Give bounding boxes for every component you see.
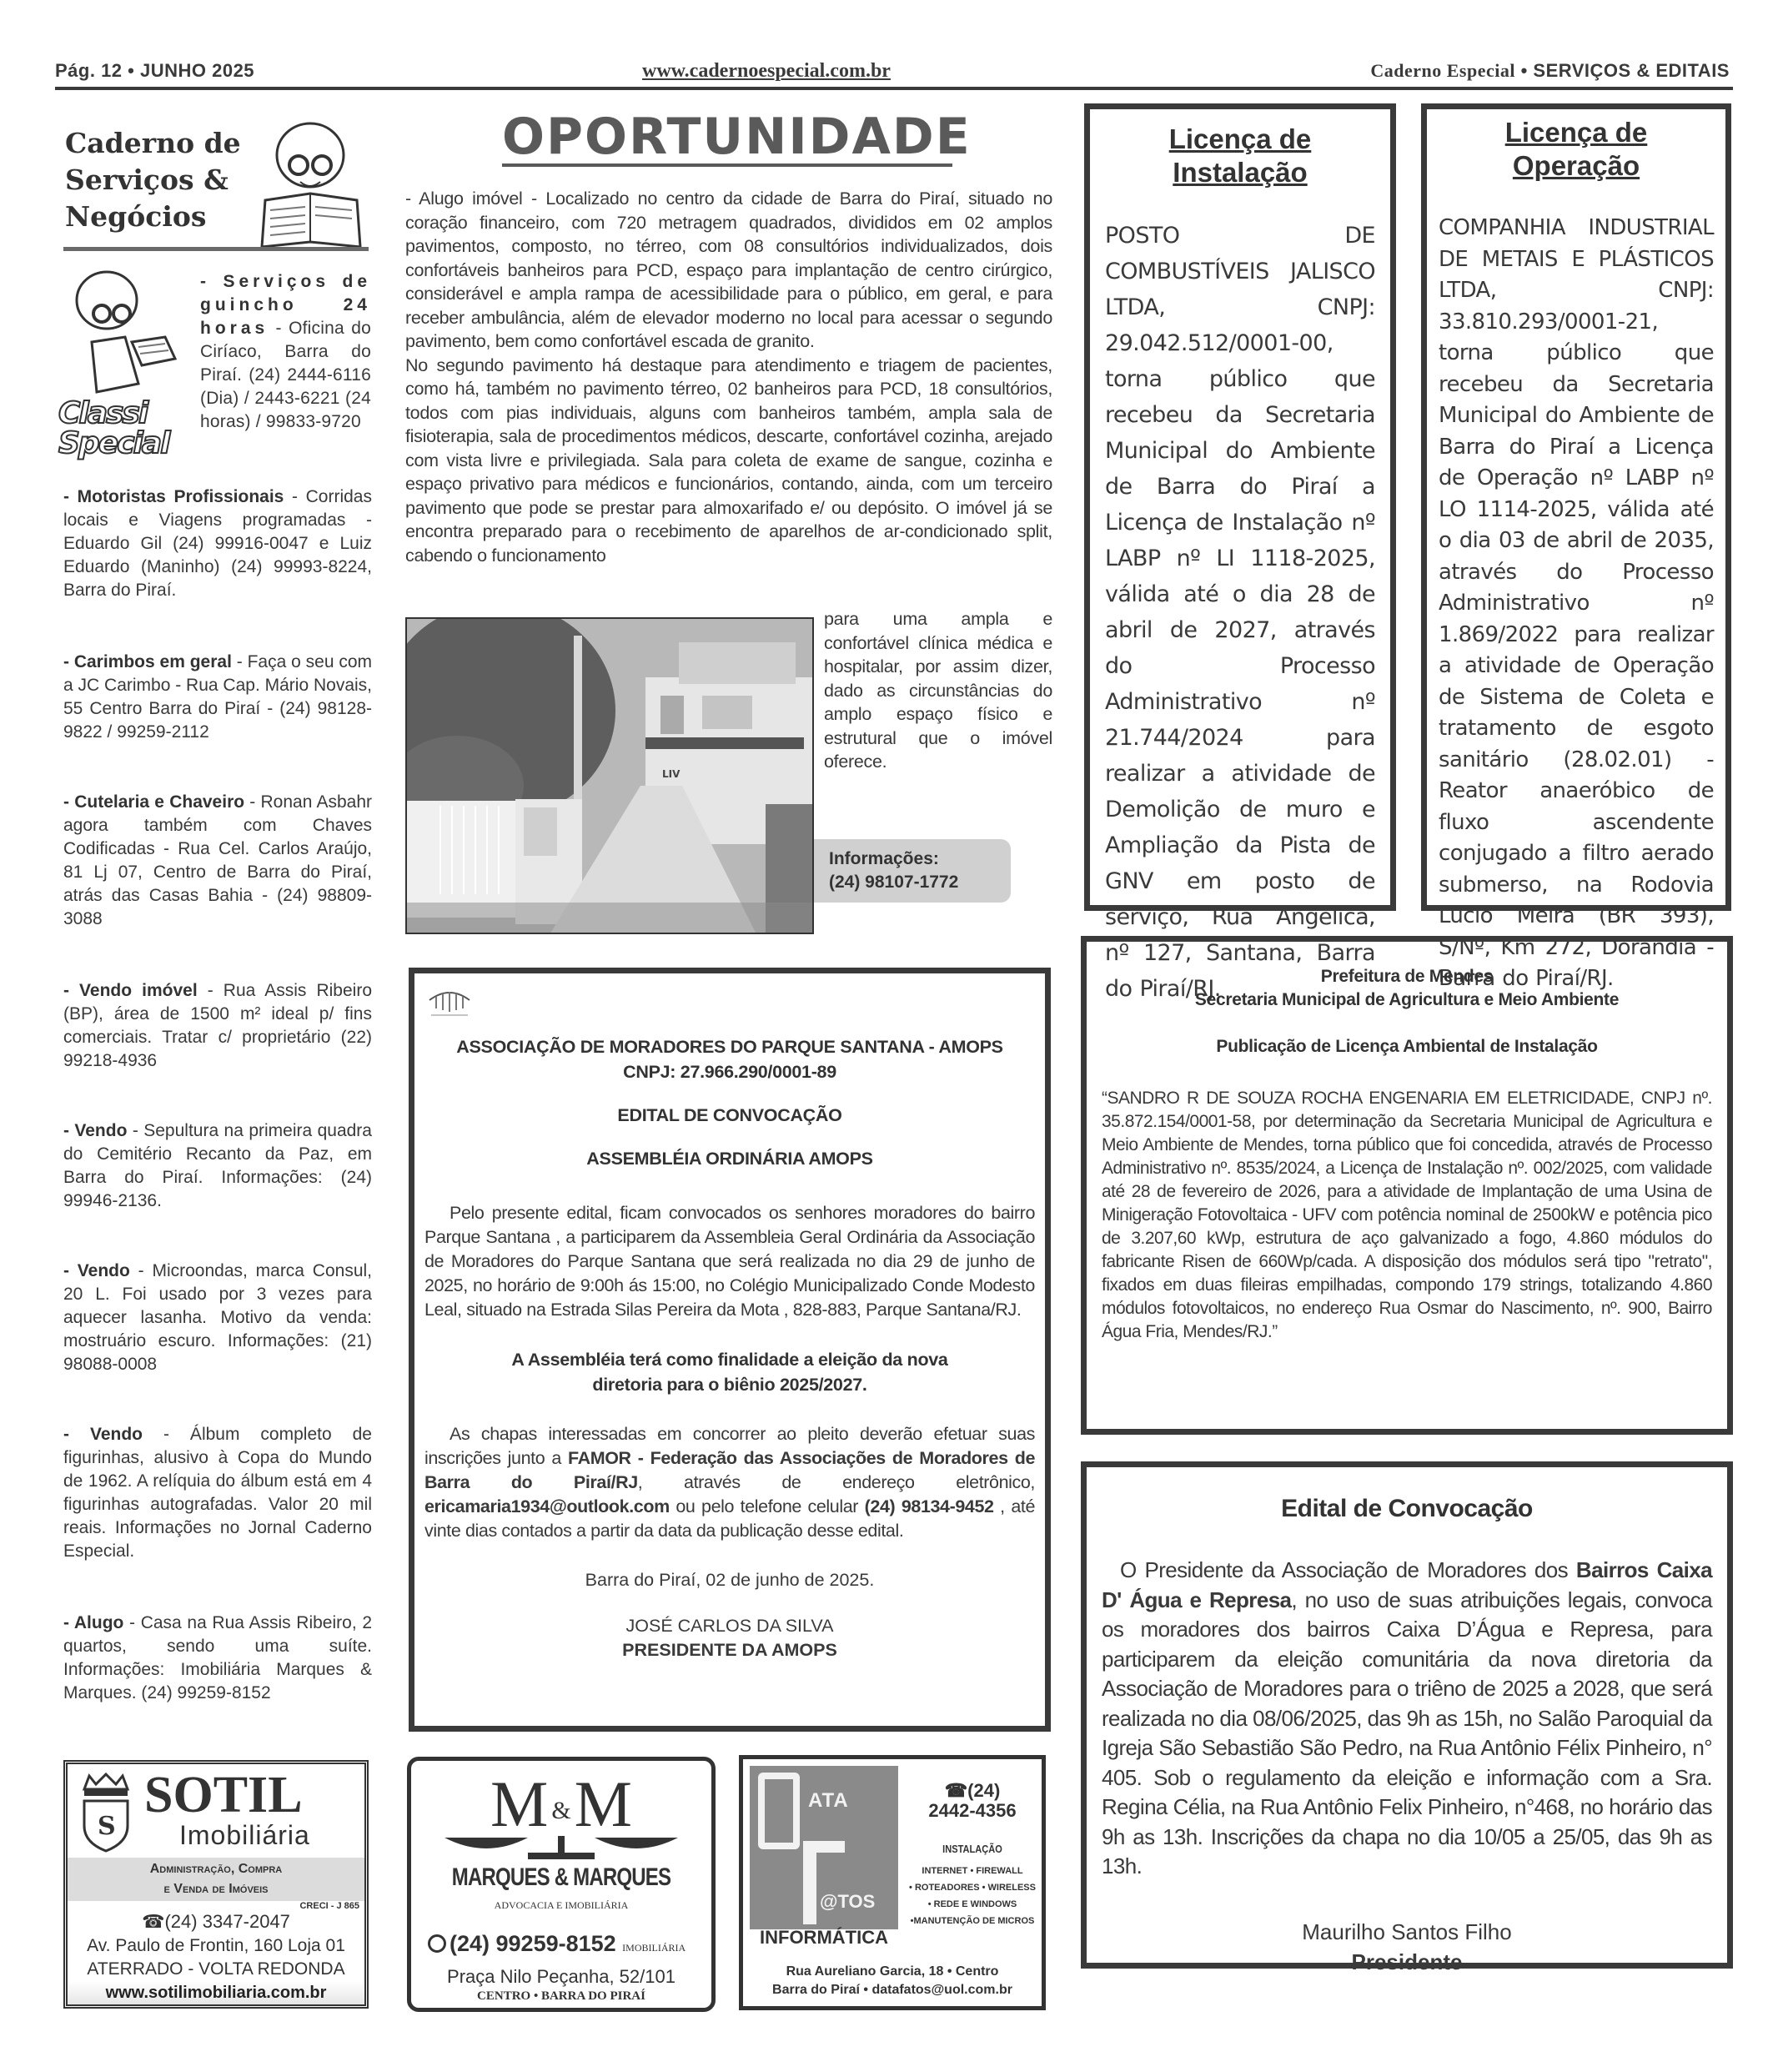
service-item: • ROTEADORES • WIRELESS (897, 1879, 1048, 1896)
sotil-address: Av. Paulo de Frontin, 160 Loja 01 (68, 1934, 364, 1958)
service-item: INTERNET • FIREWALL (897, 1863, 1048, 1879)
finalidade-line: A Assembléia terá como finalidade a elei… (424, 1347, 1035, 1372)
datafatos-logo: ATA @TOS (750, 1766, 898, 1929)
licenca-instalacao-title: Licença de Instalação (1105, 123, 1375, 189)
separator: • (1515, 60, 1533, 81)
sotil-url[interactable]: www.sotilimobiliaria.com.br (68, 1981, 364, 2004)
classifieds-masthead: Caderno de Serviços & Negócios (58, 117, 367, 250)
classified-title: - Vendo imóvel (63, 981, 198, 1000)
classified-item: - Serviços de guincho 24 horas - Oficina… (200, 270, 371, 434)
marques-tagline: ADVOCACIA E IMOBILIÁRIA (411, 1899, 711, 1912)
address-line: Rua Aureliano Garcia, 18 • Centro (743, 1963, 1042, 1981)
classified-text: - Álbum completo de figurinhas, alusivo … (63, 1425, 372, 1561)
text: , através de endereço eletrônico, (638, 1472, 1035, 1492)
amops-org: ASSOCIAÇÃO DE MORADORES DO PARQUE SANTAN… (424, 1034, 1035, 1059)
newspaper-reader-icon (259, 117, 367, 250)
address-line: Barra do Piraí • datafatos@uol.com.br (743, 1981, 1042, 1999)
classified-title: - Vendo (63, 1425, 143, 1444)
datafatos-phone[interactable]: ☎(24) 2442-4356 (902, 1781, 1043, 1821)
sotil-services: Administração, Compra e Venda de Imóveis (68, 1858, 364, 1901)
finalidade-line: diretoria para o biênio 2025/2027. (424, 1372, 1035, 1397)
section-header: Caderno Especial • SERVIÇOS & EDITAIS (1370, 60, 1730, 85)
classified-item: - Vendo - Microondas, marca Consul, 20 L… (63, 1260, 372, 1376)
classi-special-logo: Classi Special (58, 267, 183, 459)
svg-text:S: S (98, 1812, 116, 1841)
masthead-line: Serviços & (65, 162, 241, 199)
sotil-creci: CRECI - J 865 (299, 1901, 359, 1911)
classified-item: - Vendo imóvel - Rua Assis Ribeiro (BP),… (63, 979, 372, 1073)
classified-item: - Vendo - Álbum completo de figurinhas, … (63, 1423, 372, 1563)
logo-d-shape (758, 1773, 800, 1849)
licenca-instalacao-box: Licença de Instalação POSTO DE COMBUSTÍV… (1084, 103, 1396, 911)
amops-role: PRESIDENTE DA AMOPS (424, 1638, 1035, 1662)
phone-link[interactable]: (24) 98134-9452 (865, 1496, 994, 1516)
marques-phone[interactable]: (24) 99259-8152 IMOBILIÁRIA (428, 1931, 711, 1960)
logo-f-bar (803, 1841, 845, 1853)
marques-name: MARQUES & MARQUES (441, 1864, 681, 1891)
phone-number: (24) 99259-8152 (450, 1931, 616, 1956)
header-rule (55, 87, 1733, 90)
sotil-phone[interactable]: ☎(24) 3347-2047 (68, 1911, 364, 1933)
classified-title: - Vendo (63, 1121, 127, 1140)
licenca-operacao-body: COMPANHIA INDUSTRIAL DE METAIS E PLÁSTIC… (1439, 213, 1714, 995)
amops-paragraph: Pelo presente edital, ficam convocados o… (424, 1201, 1035, 1322)
phone-icon: ☎ (142, 1911, 164, 1932)
email-link[interactable]: ericamaria1934@outlook.com (424, 1496, 670, 1516)
edital-title: Edital de Convocação (1102, 1492, 1712, 1526)
masthead-title: Caderno de Serviços & Negócios (65, 125, 241, 235)
service-item: •MANUTENÇÃO DE MICROS (897, 1913, 1048, 1929)
masthead-rule (63, 247, 369, 251)
title-underline (502, 163, 952, 167)
amops-edital-heading: EDITAL DE CONVOCAÇÃO (424, 1103, 1035, 1128)
amops-assembleia-heading: ASSEMBLÉIA ORDINÁRIA AMOPS (424, 1146, 1035, 1171)
masthead-line: Negócios (65, 199, 241, 235)
crest-icon: S (79, 1773, 133, 1853)
phone-number: (24) 3347-2047 (164, 1911, 289, 1932)
masthead-line: Caderno de (65, 125, 241, 162)
logo-text: @TOS (820, 1891, 875, 1913)
classified-title: - Alugo (63, 1613, 123, 1632)
oportunidade-side-text: para uma ampla e confortável clínica méd… (824, 607, 1052, 774)
info-label: Informações: (829, 847, 1011, 871)
classified-text: - Ronan Asbahr agora também com Chaves C… (63, 792, 372, 928)
classi-line: Classi (58, 399, 183, 429)
marques-city: CENTRO • BARRA DO PIRAÍ (411, 1988, 711, 2004)
info-badge: Informações: (24) 98107-1772 (814, 839, 1011, 903)
whatsapp-icon (428, 1934, 446, 1953)
info-phone[interactable]: (24) 98107-1772 (829, 871, 1011, 894)
classi-line: Special (58, 429, 183, 459)
classified-item: - Cutelaria e Chaveiro - Ronan Asbahr ag… (63, 791, 372, 931)
mendes-heading: Secretaria Municipal de Agricultura e Me… (1102, 988, 1712, 1012)
signer-name: Maurilho Santos Filho (1102, 1917, 1712, 1947)
brand-name: Caderno Especial (1370, 60, 1515, 81)
classified-item: - Motoristas Profissionais - Corridas lo… (63, 485, 372, 602)
mendes-heading: Publicação de Licença Ambiental de Insta… (1102, 1035, 1712, 1059)
sotil-city: ATERRADO - VOLTA REDONDA (68, 1958, 364, 1981)
logo-amp: & (551, 1797, 570, 1824)
marques-address: Praça Nilo Peçanha, 52/101 (411, 1966, 711, 1988)
datafatos-label: INFORMÁTICA (750, 1928, 898, 1948)
licenca-operacao-title: Licença de Operação (1439, 116, 1714, 183)
amops-signer: JOSÉ CARLOS DA SILVA (424, 1614, 1035, 1638)
classified-title: - Motoristas Profissionais (63, 487, 284, 506)
signer-role: Presidente (1102, 1947, 1712, 1977)
building-image: LIV (407, 619, 814, 934)
mendes-licenca-box: Prefeitura de Mendes Secretaria Municipa… (1081, 936, 1733, 1435)
services-line: e Venda de Imóveis (68, 1879, 364, 1899)
edital-body: O Presidente da Associação de Moradores … (1102, 1556, 1712, 1882)
phone-number: 2442-4356 (902, 1801, 1043, 1821)
photo-brand-text: LIV (662, 768, 681, 780)
website-link[interactable]: www.cadernoespecial.com.br (642, 60, 891, 85)
amops-paragraph: As chapas interessadas em concorrer ao p… (424, 1422, 1035, 1543)
title-line: Licença de (1105, 123, 1375, 156)
logo-text: ATA (808, 1789, 849, 1813)
logo-letter: M (575, 1768, 632, 1840)
oportunidade-paragraph: - Alugo imóvel - Localizado no centro da… (405, 187, 1052, 354)
edital-signer: Maurilho Santos Filho Presidente (1102, 1917, 1712, 1977)
section-title: SERVIÇOS & EDITAIS (1533, 60, 1730, 81)
edital-convocacao-box: Edital de Convocação O Presidente da Ass… (1081, 1461, 1733, 1969)
datafatos-services: INTERNET • FIREWALL • ROTEADORES • WIREL… (897, 1863, 1048, 1929)
classified-title: - Carimbos em geral (63, 652, 232, 671)
services-line: Administração, Compra (68, 1859, 364, 1879)
sotil-name: SOTIL (144, 1769, 303, 1821)
title-line: Instalação (1105, 156, 1375, 189)
phone-icon: ☎ (945, 1780, 967, 1801)
phone-label: IMOBILIÁRIA (622, 1942, 686, 1954)
licenca-instalacao-body: POSTO DE COMBUSTÍVEIS JALISCO LTDA, CNPJ… (1105, 218, 1375, 1007)
amops-date: Barra do Piraí, 02 de junho de 2025. (424, 1568, 1035, 1592)
text: , no uso de suas atribuições legais, con… (1102, 1587, 1712, 1879)
datafatos-ad[interactable]: ATA @TOS INFORMÁTICA ☎(24) 2442-4356 INS… (739, 1755, 1046, 2010)
text: O Presidente da Associação de Moradores … (1120, 1557, 1576, 1582)
classified-item: - Vendo - Sepultura na primeira quadra d… (63, 1119, 372, 1213)
datafatos-address: Rua Aureliano Garcia, 18 • Centro Barra … (743, 1963, 1042, 1999)
amops-logo-icon (424, 987, 475, 1018)
oportunidade-body: - Alugo imóvel - Localizado no centro da… (405, 187, 1052, 567)
boy-reading-icon (58, 267, 183, 409)
building-photo: LIV (405, 617, 814, 934)
oportunidade-paragraph: No segundo pavimento há destaque para at… (405, 354, 1052, 568)
page-info: Pág. 12 • JUNHO 2025 (55, 60, 254, 85)
classified-item: - Alugo - Casa na Rua Assis Ribeiro, 2 q… (63, 1612, 372, 1705)
amops-cnpj: CNPJ: 27.966.290/0001-89 (424, 1059, 1035, 1084)
classi-special-text: Classi Special (58, 399, 183, 459)
logo-letter: M (490, 1768, 548, 1840)
mendes-body: “SANDRO R DE SOUZA ROCHA ENGENARIA EM EL… (1102, 1087, 1712, 1344)
amops-finalidade: A Assembléia terá como finalidade a elei… (424, 1347, 1035, 1397)
oportunidade-title: OPORTUNIDADE (502, 110, 952, 163)
classified-title: - Vendo (63, 1261, 130, 1280)
logo-f-shape (803, 1841, 816, 1924)
phone-area: (24) (967, 1780, 1000, 1801)
mendes-heading: Prefeitura de Mendes (1102, 965, 1712, 988)
scales-icon (444, 1836, 678, 1859)
classified-item: - Carimbos em geral - Faça o seu com a J… (63, 651, 372, 744)
classified-title: - Cutelaria e Chaveiro (63, 792, 244, 812)
datafatos-service-title: INSTALAÇÃO (912, 1843, 1033, 1855)
amops-edital-box: ASSOCIAÇÃO DE MORADORES DO PARQUE SANTAN… (409, 968, 1051, 1732)
sotil-sub: Imobiliária (179, 1821, 310, 1849)
marques-ad[interactable]: M&M MARQUES & MARQUES ADVOCACIA E IMOBIL… (407, 1757, 716, 2012)
licenca-operacao-box: Licença de Operação COMPANHIA INDUSTRIAL… (1421, 103, 1731, 911)
service-item: • REDE E WINDOWS (897, 1896, 1048, 1913)
text: ou pelo telefone celular (670, 1496, 865, 1516)
sotil-ad[interactable]: S SOTIL Imobiliária Administração, Compr… (63, 1760, 369, 2009)
